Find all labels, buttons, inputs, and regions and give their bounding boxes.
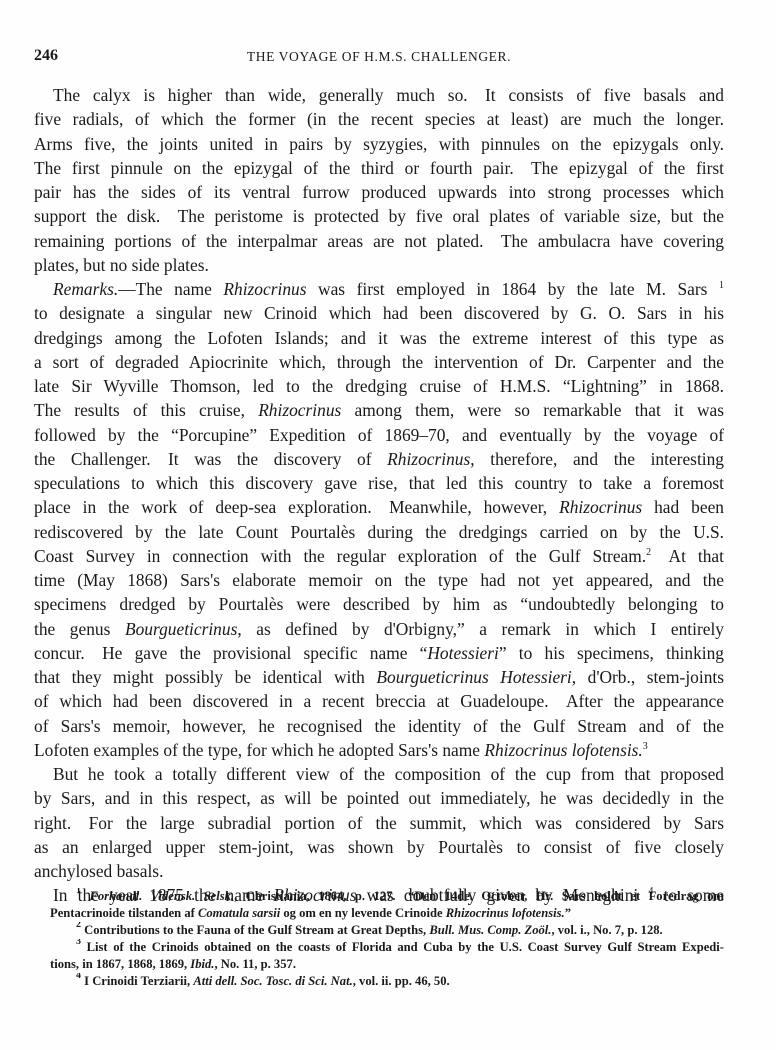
- text: support the disk. The peristome is prote…: [34, 206, 724, 226]
- journal-title: Bull. Mus. Comp. Zoöl.: [429, 923, 551, 937]
- text: Coast Survey in connection with the regu…: [34, 546, 646, 566]
- text-line: specimens dredged by Pourtalès were desc…: [34, 592, 724, 616]
- text: plates, but no side plates.: [34, 255, 209, 275]
- text-line: The results of this cruise, Rhizocrinus …: [34, 398, 724, 422]
- species-name: Rhizocrinus lofotensis.: [484, 740, 642, 760]
- text: among them, were so remarkable that it w…: [341, 400, 724, 420]
- text-line: But he took a totally different view of …: [34, 762, 724, 786]
- text: followed by the “Porcupine” Expedition o…: [34, 425, 724, 445]
- text-line: Remarks.—The name Rhizocrinus was first …: [34, 277, 724, 301]
- text: that they might possibly be identical wi…: [34, 667, 376, 687]
- text: of Sars's memoir, however, he recognised…: [34, 716, 724, 736]
- text-line: support the disk. The peristome is prote…: [34, 204, 724, 228]
- footnote-4: 4 I Crinoidi Terziarii, Atti dell. Soc. …: [50, 973, 724, 990]
- text: dredgings among the Lofoten Islands; and…: [34, 328, 724, 348]
- text-line: speculations to which this discovery gav…: [34, 471, 724, 495]
- text-line: place in the work of deep-sea exploratio…: [34, 495, 724, 519]
- genus-name: Rhizocrinus: [258, 400, 341, 420]
- text-line: anchylosed basals.: [34, 859, 724, 883]
- text: had been: [642, 497, 724, 517]
- running-title: THE VOYAGE OF H.M.S. CHALLENGER.: [34, 49, 724, 65]
- text-line: that they might possibly be identical wi…: [34, 665, 724, 689]
- text-line: a sort of degraded Apiocrinite which, th…: [34, 350, 724, 374]
- text-line: dredgings among the Lofoten Islands; and…: [34, 326, 724, 350]
- text: , No. 11, p. 357.: [214, 957, 296, 971]
- journal-title: Ibid.: [190, 957, 214, 971]
- text: , d'Orb., stem-joints: [572, 667, 724, 687]
- text-line: Arms five, the joints united in pairs by…: [34, 132, 724, 156]
- text: The first pinnule on the epizygal of the…: [34, 158, 724, 178]
- footnote-ref-1[interactable]: 1: [719, 280, 724, 291]
- text: I Crinoidi Terziarii,: [81, 974, 193, 988]
- text-line: rediscovered by the late Count Pourtalès…: [34, 520, 724, 544]
- text: remaining portions of the interpalmar ar…: [34, 231, 724, 251]
- journal-title: Forhandl. Vidensk. Selsk.: [81, 889, 234, 903]
- text: anchylosed basals.: [34, 861, 163, 881]
- text: tions, in 1867, 1868, 1869,: [50, 957, 190, 971]
- text-line: of Sars's memoir, however, he recognised…: [34, 714, 724, 738]
- text-line: Coast Survey in connection with the regu…: [34, 544, 724, 568]
- text-line: The calyx is higher than wide, generally…: [34, 83, 724, 107]
- text: time (May 1868) Sars's elaborate memoir …: [34, 570, 724, 590]
- species-name: Hotessieri: [427, 643, 499, 663]
- footnote-ref-3[interactable]: 3: [643, 741, 648, 752]
- book-page: 246 THE VOYAGE OF H.M.S. CHALLENGER. The…: [0, 0, 776, 1050]
- text: —The name: [118, 279, 223, 299]
- text: Contributions to the Fauna of the Gulf S…: [81, 923, 429, 937]
- journal-title: Atti dell. Soc. Tosc. di Sci. Nat.: [193, 974, 352, 988]
- text: the Challenger. It was the discovery of: [34, 449, 387, 469]
- text-line: Lofoten examples of the type, for which …: [34, 738, 724, 762]
- footnote-1: 1 Forhandl. Vidensk. Selsk., Christiania…: [50, 888, 724, 905]
- text: Arms five, the joints united in pairs by…: [34, 134, 724, 154]
- text-line: pair has the sides of its ventral furrow…: [34, 180, 724, 204]
- text: , Christiania, 1864, p. 127. “Den 14de. …: [234, 889, 724, 903]
- text-line: time (May 1868) Sars's elaborate memoir …: [34, 568, 724, 592]
- text: ”: [565, 906, 571, 920]
- text: List of the Crinoids obtained on the coa…: [81, 940, 724, 954]
- page-header: 246 THE VOYAGE OF H.M.S. CHALLENGER.: [34, 47, 724, 69]
- text: the genus: [34, 619, 125, 639]
- text: At that: [651, 546, 724, 566]
- text: rediscovered by the late Count Pourtalès…: [34, 522, 724, 542]
- text: place in the work of deep-sea exploratio…: [34, 497, 559, 517]
- text: ” to his specimens, thinking: [499, 643, 724, 663]
- text: to designate a singular new Crinoid whic…: [34, 303, 724, 323]
- text-line: by Sars, and in this respect, as will be…: [34, 786, 724, 810]
- text-line: remaining portions of the interpalmar ar…: [34, 229, 724, 253]
- text: Lofoten examples of the type, for which …: [34, 740, 484, 760]
- genus-name: Rhizocrinus: [387, 449, 470, 469]
- text-line: five radials, of which the former (in th…: [34, 107, 724, 131]
- footnotes: 1 Forhandl. Vidensk. Selsk., Christiania…: [50, 888, 724, 990]
- text-line: the Challenger. It was the discovery of …: [34, 447, 724, 471]
- text: a sort of degraded Apiocrinite which, th…: [34, 352, 724, 372]
- footnote-2: 2 Contributions to the Fauna of the Gulf…: [50, 922, 724, 939]
- text: But he took a totally different view of …: [53, 764, 724, 784]
- text: late Sir Wyville Thomson, led to the dre…: [34, 376, 724, 396]
- text: as an enlarged upper stem-joint, was sho…: [34, 837, 724, 857]
- species-name: Bourgueticrinus Hotessieri: [376, 667, 571, 687]
- text-line: as an enlarged upper stem-joint, was sho…: [34, 835, 724, 859]
- remarks-heading: Remarks.: [53, 279, 118, 299]
- genus-name: Bourgueticrinus: [125, 619, 237, 639]
- text: five radials, of which the former (in th…: [34, 109, 724, 129]
- text-line: the genus Bourgueticrinus, as defined by…: [34, 617, 724, 641]
- text-line: concur. He gave the provisional specific…: [34, 641, 724, 665]
- text: was first employed in 1864 by the late M…: [306, 279, 707, 299]
- text-line: The first pinnule on the epizygal of the…: [34, 156, 724, 180]
- text-line: followed by the “Porcupine” Expedition o…: [34, 423, 724, 447]
- text: of which had been discovered in a recent…: [34, 691, 724, 711]
- text: og om en ny levende Crinoide: [280, 906, 445, 920]
- footnote-3-cont: tions, in 1867, 1868, 1869, Ibid., No. 1…: [50, 956, 724, 973]
- text: , therefore, and the interesting: [470, 449, 724, 469]
- text: pair has the sides of its ventral furrow…: [34, 182, 724, 202]
- text-line: right. For the large subradial portion o…: [34, 811, 724, 835]
- footnote-3: 3 List of the Crinoids obtained on the c…: [50, 939, 724, 956]
- text: Pentacrinoide tilstanden af: [50, 906, 198, 920]
- text: , as defined by d'Orbigny,” a remark in …: [237, 619, 724, 639]
- body-text: The calyx is higher than wide, generally…: [34, 83, 724, 908]
- text: The results of this cruise,: [34, 400, 258, 420]
- genus-name: Rhizocrinus: [223, 279, 306, 299]
- genus-name: Rhizocrinus: [559, 497, 642, 517]
- text: concur. He gave the provisional specific…: [34, 643, 427, 663]
- species-name: Rhizocrinus lofotensis.: [446, 906, 565, 920]
- footnote-1-cont: Pentacrinoide tilstanden af Comatula sar…: [50, 905, 724, 922]
- text: , vol. i., No. 7, p. 128.: [551, 923, 662, 937]
- text: right. For the large subradial portion o…: [34, 813, 724, 833]
- text-line: of which had been discovered in a recent…: [34, 689, 724, 713]
- text: speculations to which this discovery gav…: [34, 473, 724, 493]
- text: specimens dredged by Pourtalès were desc…: [34, 594, 724, 614]
- species-name: Comatula sarsii: [198, 906, 280, 920]
- text-line: late Sir Wyville Thomson, led to the dre…: [34, 374, 724, 398]
- text: , vol. ii. pp. 46, 50.: [353, 974, 450, 988]
- text: The calyx is higher than wide, generally…: [53, 85, 724, 105]
- text-line: to designate a singular new Crinoid whic…: [34, 301, 724, 325]
- text: by Sars, and in this respect, as will be…: [34, 788, 724, 808]
- text-line: plates, but no side plates.: [34, 253, 724, 277]
